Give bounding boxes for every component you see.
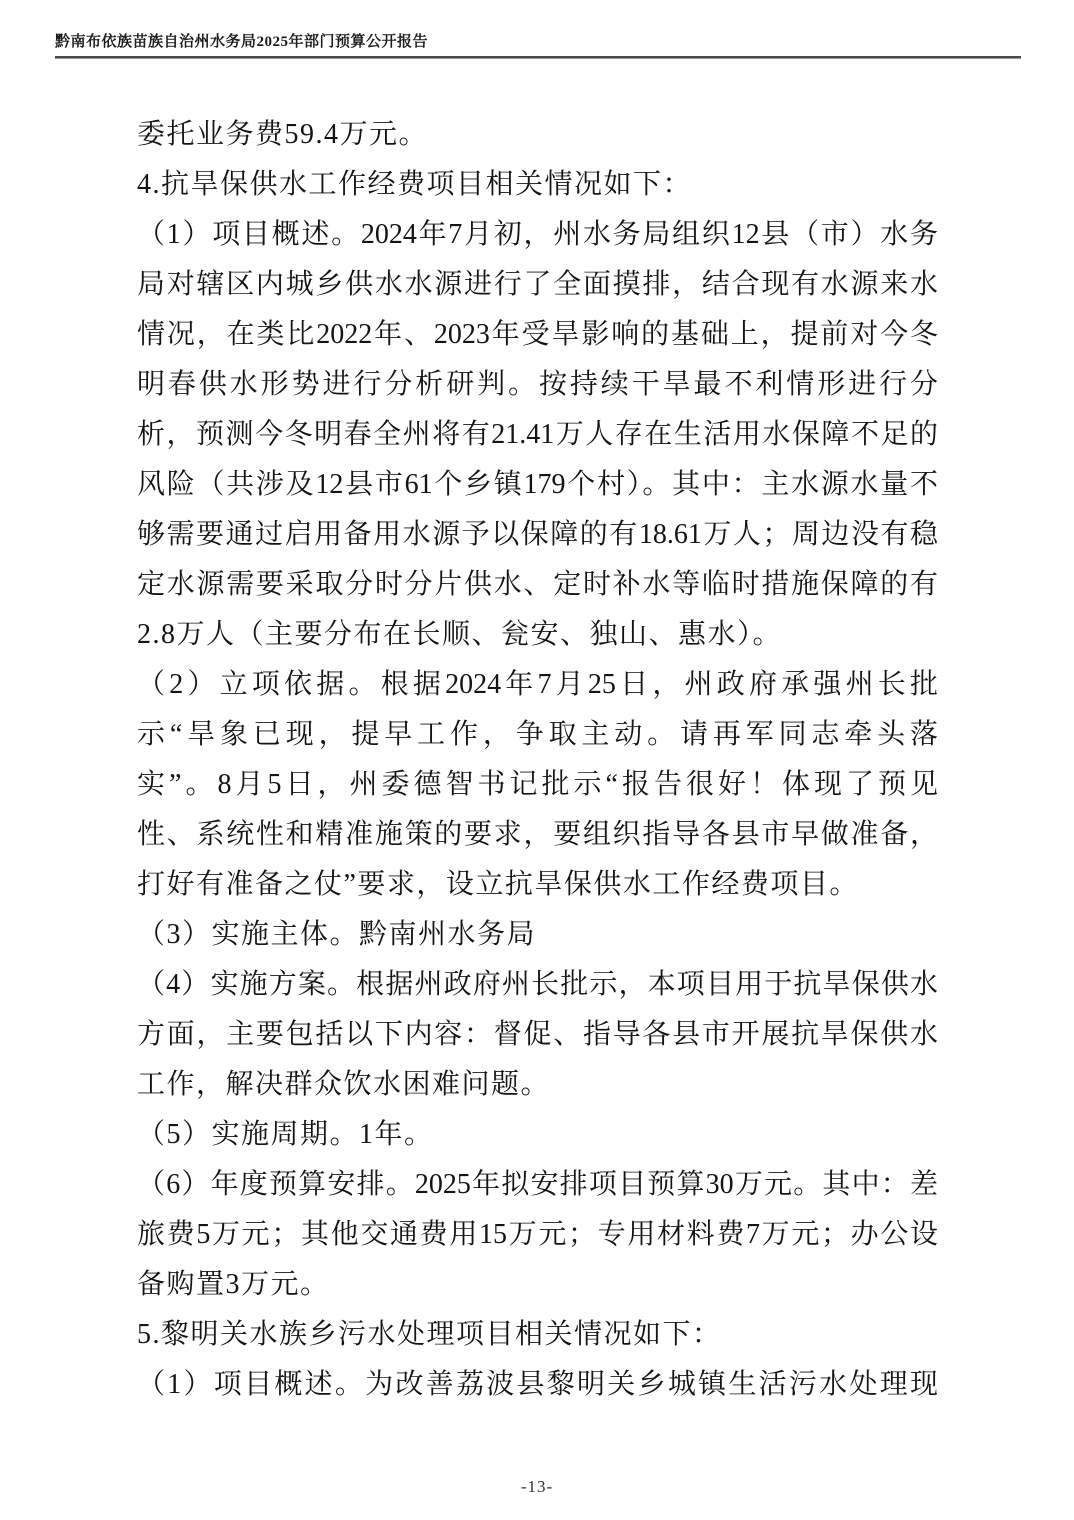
- text-line: 风险（共涉及12县市61个乡镇179个村）。其中：主水源水量不: [137, 460, 938, 510]
- page-footer: -13-: [0, 1477, 1074, 1497]
- text-line: （4）实施方案。根据州政府州长批示，本项目用于抗旱保供水: [137, 960, 938, 1010]
- text-line: （3）实施主体。黔南州水务局: [137, 910, 938, 960]
- text-line: 明春供水形势进行分析研判。按持续干旱最不利情形进行分: [137, 360, 938, 410]
- text-line: 4.抗旱保供水工作经费项目相关情况如下：: [137, 160, 938, 210]
- text-line: 性、系统性和精准施策的要求，要组织指导各县市早做准备，: [137, 810, 938, 860]
- document-page: 黔南布依族苗族自治州水务局2025年部门预算公开报告 委托业务费59.4万元。4…: [0, 0, 1074, 1520]
- text-line: （6）年度预算安排。2025年拟安排项目预算30万元。其中：差: [137, 1160, 938, 1210]
- text-line: 备购置3万元。: [137, 1260, 938, 1310]
- text-line: （1）项目概述。为改善荔波县黎明关乡城镇生活污水处理现: [137, 1360, 938, 1410]
- header-title: 黔南布依族苗族自治州水务局2025年部门预算公开报告: [55, 30, 1021, 51]
- text-line: 委托业务费59.4万元。: [137, 110, 938, 160]
- text-line: 工作，解决群众饮水困难问题。: [137, 1060, 938, 1110]
- text-line: 够需要通过启用备用水源予以保障的有18.61万人；周边没有稳: [137, 510, 938, 560]
- text-line: 5.黎明关水族乡污水处理项目相关情况如下：: [137, 1310, 938, 1360]
- document-body: 委托业务费59.4万元。4.抗旱保供水工作经费项目相关情况如下：（1）项目概述。…: [137, 110, 938, 1410]
- text-line: 旅费5万元；其他交通费用15万元；专用材料费7万元；办公设: [137, 1210, 938, 1260]
- text-line: 打好有准备之仗”要求，设立抗旱保供水工作经费项目。: [137, 860, 938, 910]
- page-header: 黔南布依族苗族自治州水务局2025年部门预算公开报告: [55, 30, 1021, 58]
- text-line: 情况，在类比2022年、2023年受旱影响的基础上，提前对今冬: [137, 310, 938, 360]
- text-line: （2）立项依据。根据2024年7月25日，州政府承强州长批: [137, 660, 938, 710]
- text-line: 方面，主要包括以下内容：督促、指导各县市开展抗旱保供水: [137, 1010, 938, 1060]
- text-line: 实”。8月5日，州委德智书记批示“报告很好！体现了预见: [137, 760, 938, 810]
- text-line: （1）项目概述。2024年7月初，州水务局组织12县（市）水务: [137, 210, 938, 260]
- text-line: （5）实施周期。1年。: [137, 1110, 938, 1160]
- text-line: 2.8万人（主要分布在长顺、瓮安、独山、惠水）。: [137, 610, 938, 660]
- text-line: 析，预测今冬明春全州将有21.41万人存在生活用水保障不足的: [137, 410, 938, 460]
- page-number: -13-: [521, 1477, 553, 1496]
- text-line: 定水源需要采取分时分片供水、定时补水等临时措施保障的有: [137, 560, 938, 610]
- text-line: 示“旱象已现，提早工作，争取主动。请再军同志牵头落: [137, 710, 938, 760]
- text-line: 局对辖区内城乡供水水源进行了全面摸排，结合现有水源来水: [137, 260, 938, 310]
